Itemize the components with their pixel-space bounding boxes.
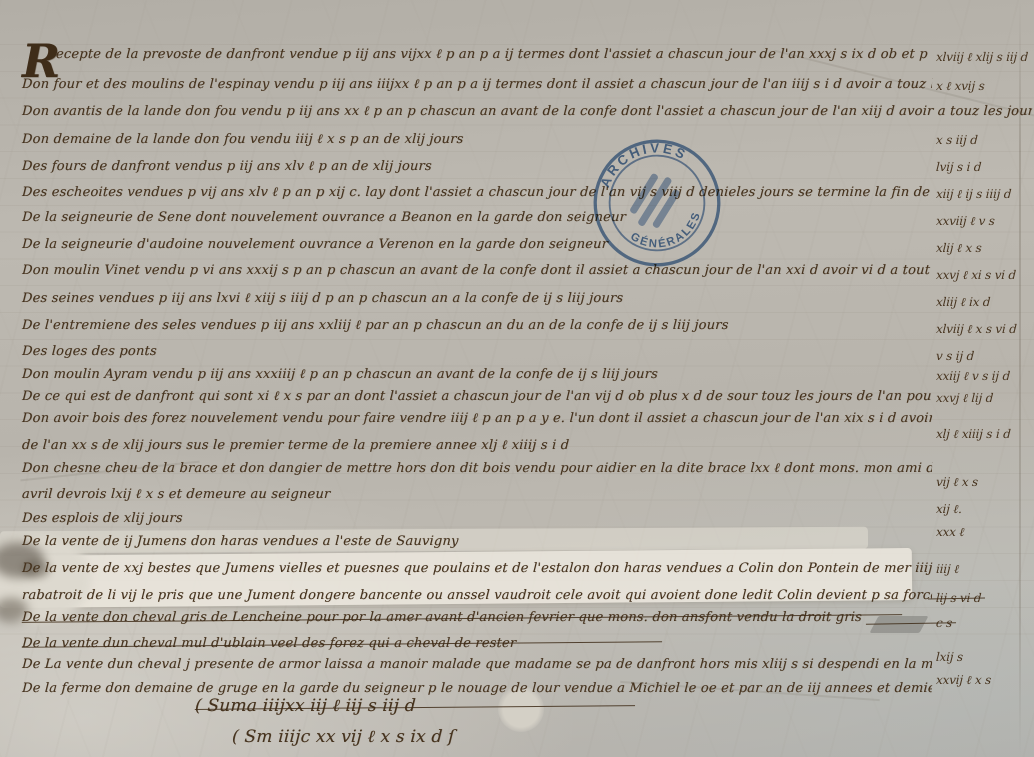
manuscript-line: De la ferme don demaine de gruge en la g… <box>22 681 933 696</box>
margin-amount: c s <box>936 616 953 630</box>
manuscript-line: Des escheoites vendues p vij ans xlv ℓ p… <box>22 184 933 200</box>
manuscript-line: De la seigneurie de Sene dont nouvelemen… <box>22 210 933 225</box>
manuscript-line: De la seigneurie d'audoine nouvelement o… <box>22 237 933 252</box>
margin-amount: xxvij ℓ x s <box>936 673 992 688</box>
manuscript-line: Des fours de danfront vendus p iij ans x… <box>22 158 933 174</box>
margin-amount: xlviij ℓ x s vi d <box>936 322 1017 337</box>
manuscript-line: Don demaine de la lande don fou vendu ii… <box>22 131 933 147</box>
manuscript-line: rabatroit de li vij le pris que une Jume… <box>22 587 933 603</box>
manuscript-line: Des loges des ponts <box>22 344 933 359</box>
margin-amount: x ℓ xvij s <box>936 79 985 94</box>
manuscript-line: avril devrois lxij ℓ x s et demeure au s… <box>22 486 933 502</box>
margin-amount: xij ℓ. <box>936 502 963 517</box>
margin-amount: xiij ℓ ij s iiij d <box>936 187 1012 202</box>
stamp-rim-text-bottom: GÉNÉRALES <box>626 206 711 261</box>
margin-amount: v s ij d <box>936 349 975 363</box>
margin-amount: xxvj ℓ xi s vi d <box>936 268 1017 283</box>
manuscript-line: de l'an xx s de xlij jours sus le premie… <box>22 437 933 453</box>
margin-amount: xlj ℓ xiiij s i d <box>936 427 1011 442</box>
svg-text:GÉNÉRALES: GÉNÉRALES <box>626 206 711 261</box>
stamp-center-marks <box>626 169 684 234</box>
margin-amount: lij s vi d <box>936 591 982 605</box>
summa-line: ( Suma iiijxx iij ℓ iij s iij d <box>194 696 635 716</box>
manuscript-line: Des esplois de xlij jours <box>22 511 933 526</box>
margin-amount: lxij s <box>936 650 964 664</box>
manuscript-line: De La vente dun cheval j presente de arm… <box>22 657 933 672</box>
margin-amount: xxiij ℓ v s ij d <box>936 369 1011 384</box>
manuscript-line: De la vente de ij Jumens don haras vendu… <box>22 534 933 549</box>
manuscript-line: Don avantis de la lande don fou vendu p … <box>22 103 1033 119</box>
margin-amount: iiij ℓ <box>936 562 960 577</box>
manuscript-line: De l'entremiene des seles vendues p iij … <box>22 317 933 333</box>
manuscript-line: De la vente dun cheval mul d'ublain veel… <box>22 636 663 651</box>
margin-amount: lvij s i d <box>936 160 982 174</box>
summa-total-line: ( Sm iiijc xx vij ℓ x s ix d ſ <box>231 727 652 747</box>
manuscript-line: De la vente don cheval gris de Lencheine… <box>22 610 903 625</box>
parchment-page: R ecepte de la prevoste de danfront vend… <box>0 0 1034 757</box>
margin-amount: x s iij d <box>936 133 978 147</box>
margin-amount: xlij ℓ x s <box>936 241 982 256</box>
manuscript-line: Don avoir bois des forez nouvelement ven… <box>22 410 933 426</box>
manuscript-line: Don moulin Ayram vendu p iij ans xxxiiij… <box>22 366 933 382</box>
margin-amount: xxviij ℓ v s <box>936 214 995 229</box>
manuscript-line: Des seines vendues p iij ans lxvi ℓ xiij… <box>22 290 933 306</box>
margin-amount: xxvj ℓ lij d <box>936 391 994 406</box>
margin-amount: vij ℓ x s <box>936 475 979 490</box>
margin-amount: xliij ℓ ix d <box>936 295 991 310</box>
manuscript-line: De ce qui est de danfront qui sont xi ℓ … <box>22 388 933 404</box>
margin-amount: xlviij ℓ xlij s iij d <box>936 50 1029 65</box>
manuscript-line: Don chesne cheu de la brace et don dangi… <box>22 460 933 476</box>
manuscript-line: De la vente de xxj bestes que Jumens vie… <box>22 560 933 576</box>
manuscript-line: Don moulin Vinet vendu p vi ans xxxij s … <box>22 263 933 278</box>
manuscript-line: ecepte de la prevoste de danfront vendue… <box>56 46 931 62</box>
manuscript-line: Don four et des moulins de l'espinay ven… <box>22 76 933 92</box>
margin-amount: xxx ℓ <box>936 525 965 540</box>
